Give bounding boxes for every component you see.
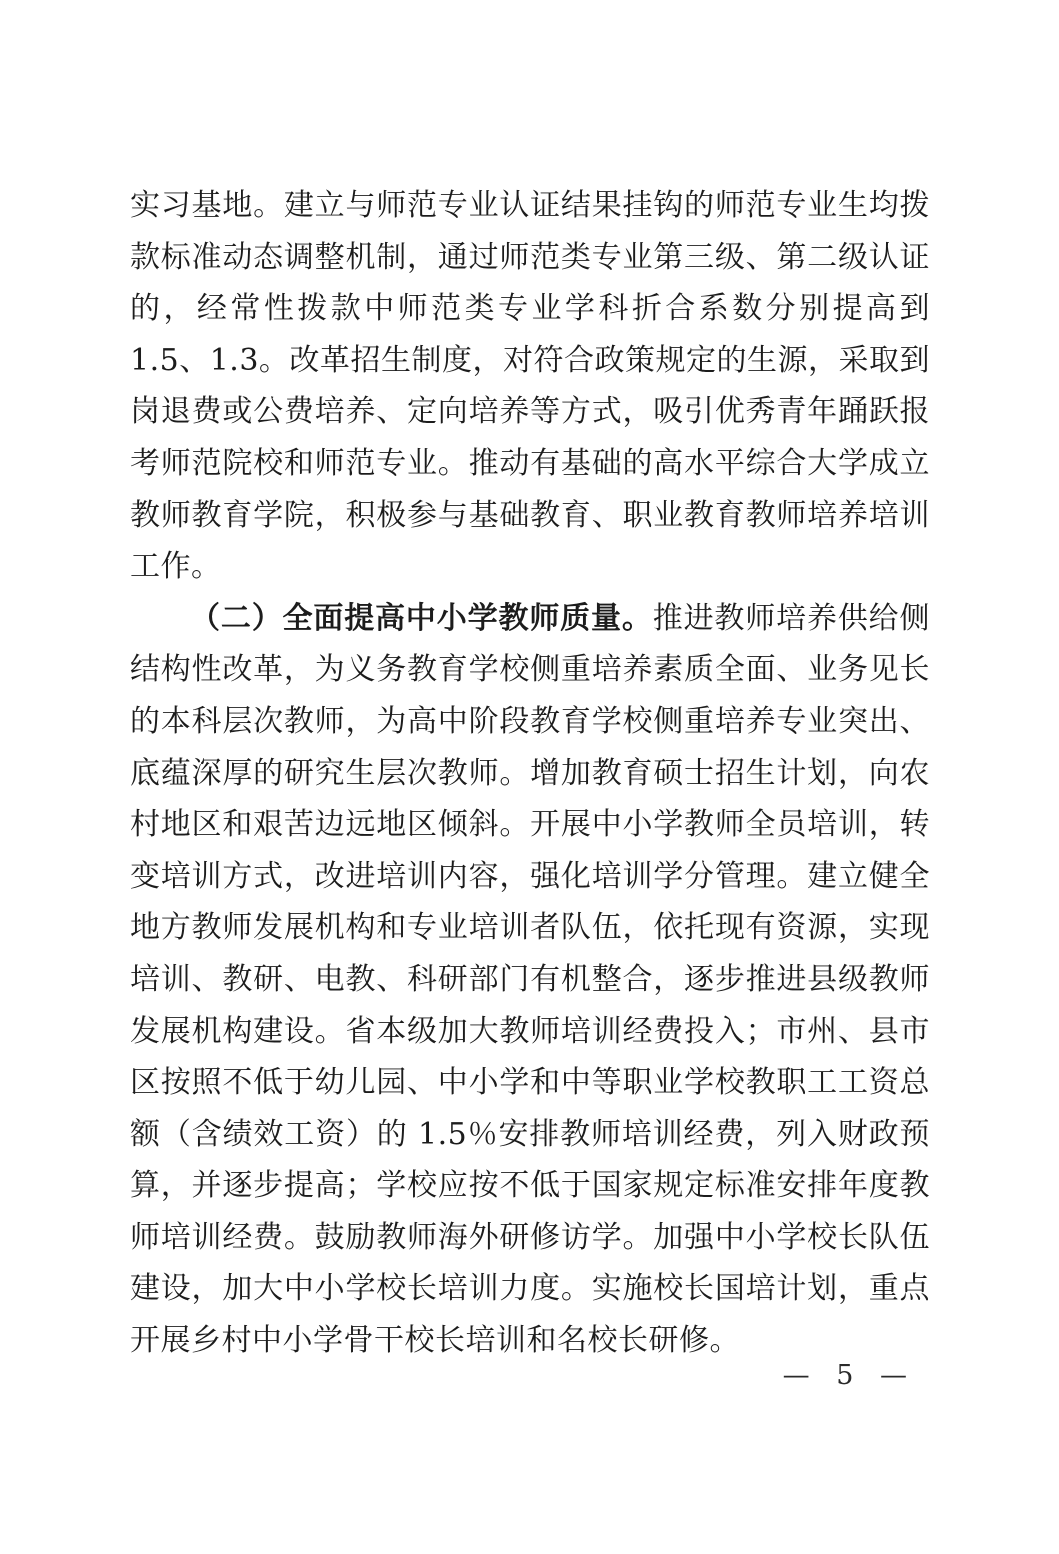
document-body: 实习基地。建立与师范专业认证结果挂钩的师范专业生均拨款标准动态调整机制，通过师范… bbox=[130, 180, 930, 1367]
paragraph-continuation-text: 实习基地。建立与师范专业认证结果挂钩的师范专业生均拨款标准动态调整机制，通过师范… bbox=[130, 188, 930, 584]
section-2-body-text: 推进教师培养供给侧结构性改革，为义务教育学校侧重培养素质全面、业务见长的本科层次… bbox=[130, 601, 930, 1358]
paragraph-continuation: 实习基地。建立与师范专业认证结果挂钩的师范专业生均拨款标准动态调整机制，通过师范… bbox=[130, 180, 930, 593]
paragraph-section-2: （二）全面提高中小学教师质量。推进教师培养供给侧结构性改革，为义务教育学校侧重培… bbox=[130, 593, 930, 1367]
document-page: 实习基地。建立与师范专业认证结果挂钩的师范专业生均拨款标准动态调整机制，通过师范… bbox=[0, 0, 1059, 1554]
page-number: — 5 — bbox=[783, 1356, 909, 1396]
section-2-heading: （二）全面提高中小学教师质量。 bbox=[190, 601, 653, 636]
